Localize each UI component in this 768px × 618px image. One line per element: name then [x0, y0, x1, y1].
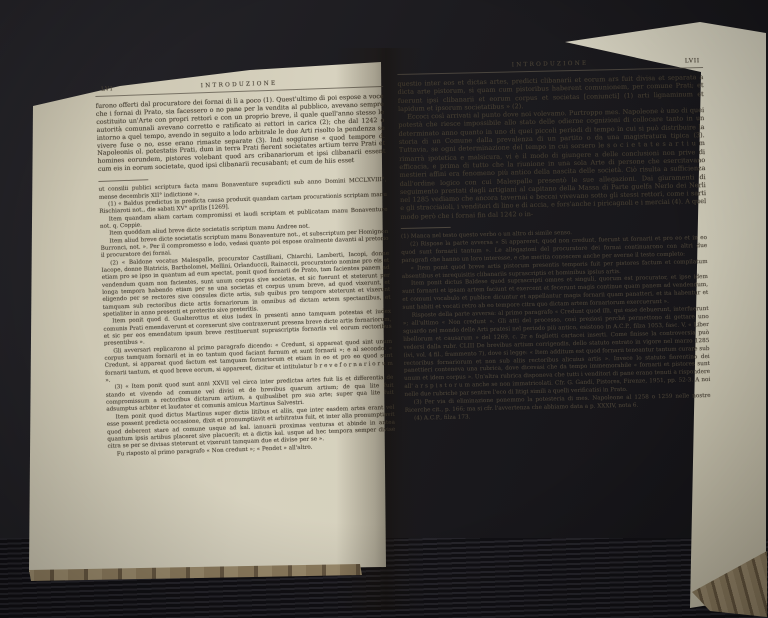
photo-vignette: [0, 0, 768, 618]
book-photo: LVI INTRODUZIONE furono offerti dal proc…: [0, 0, 768, 618]
